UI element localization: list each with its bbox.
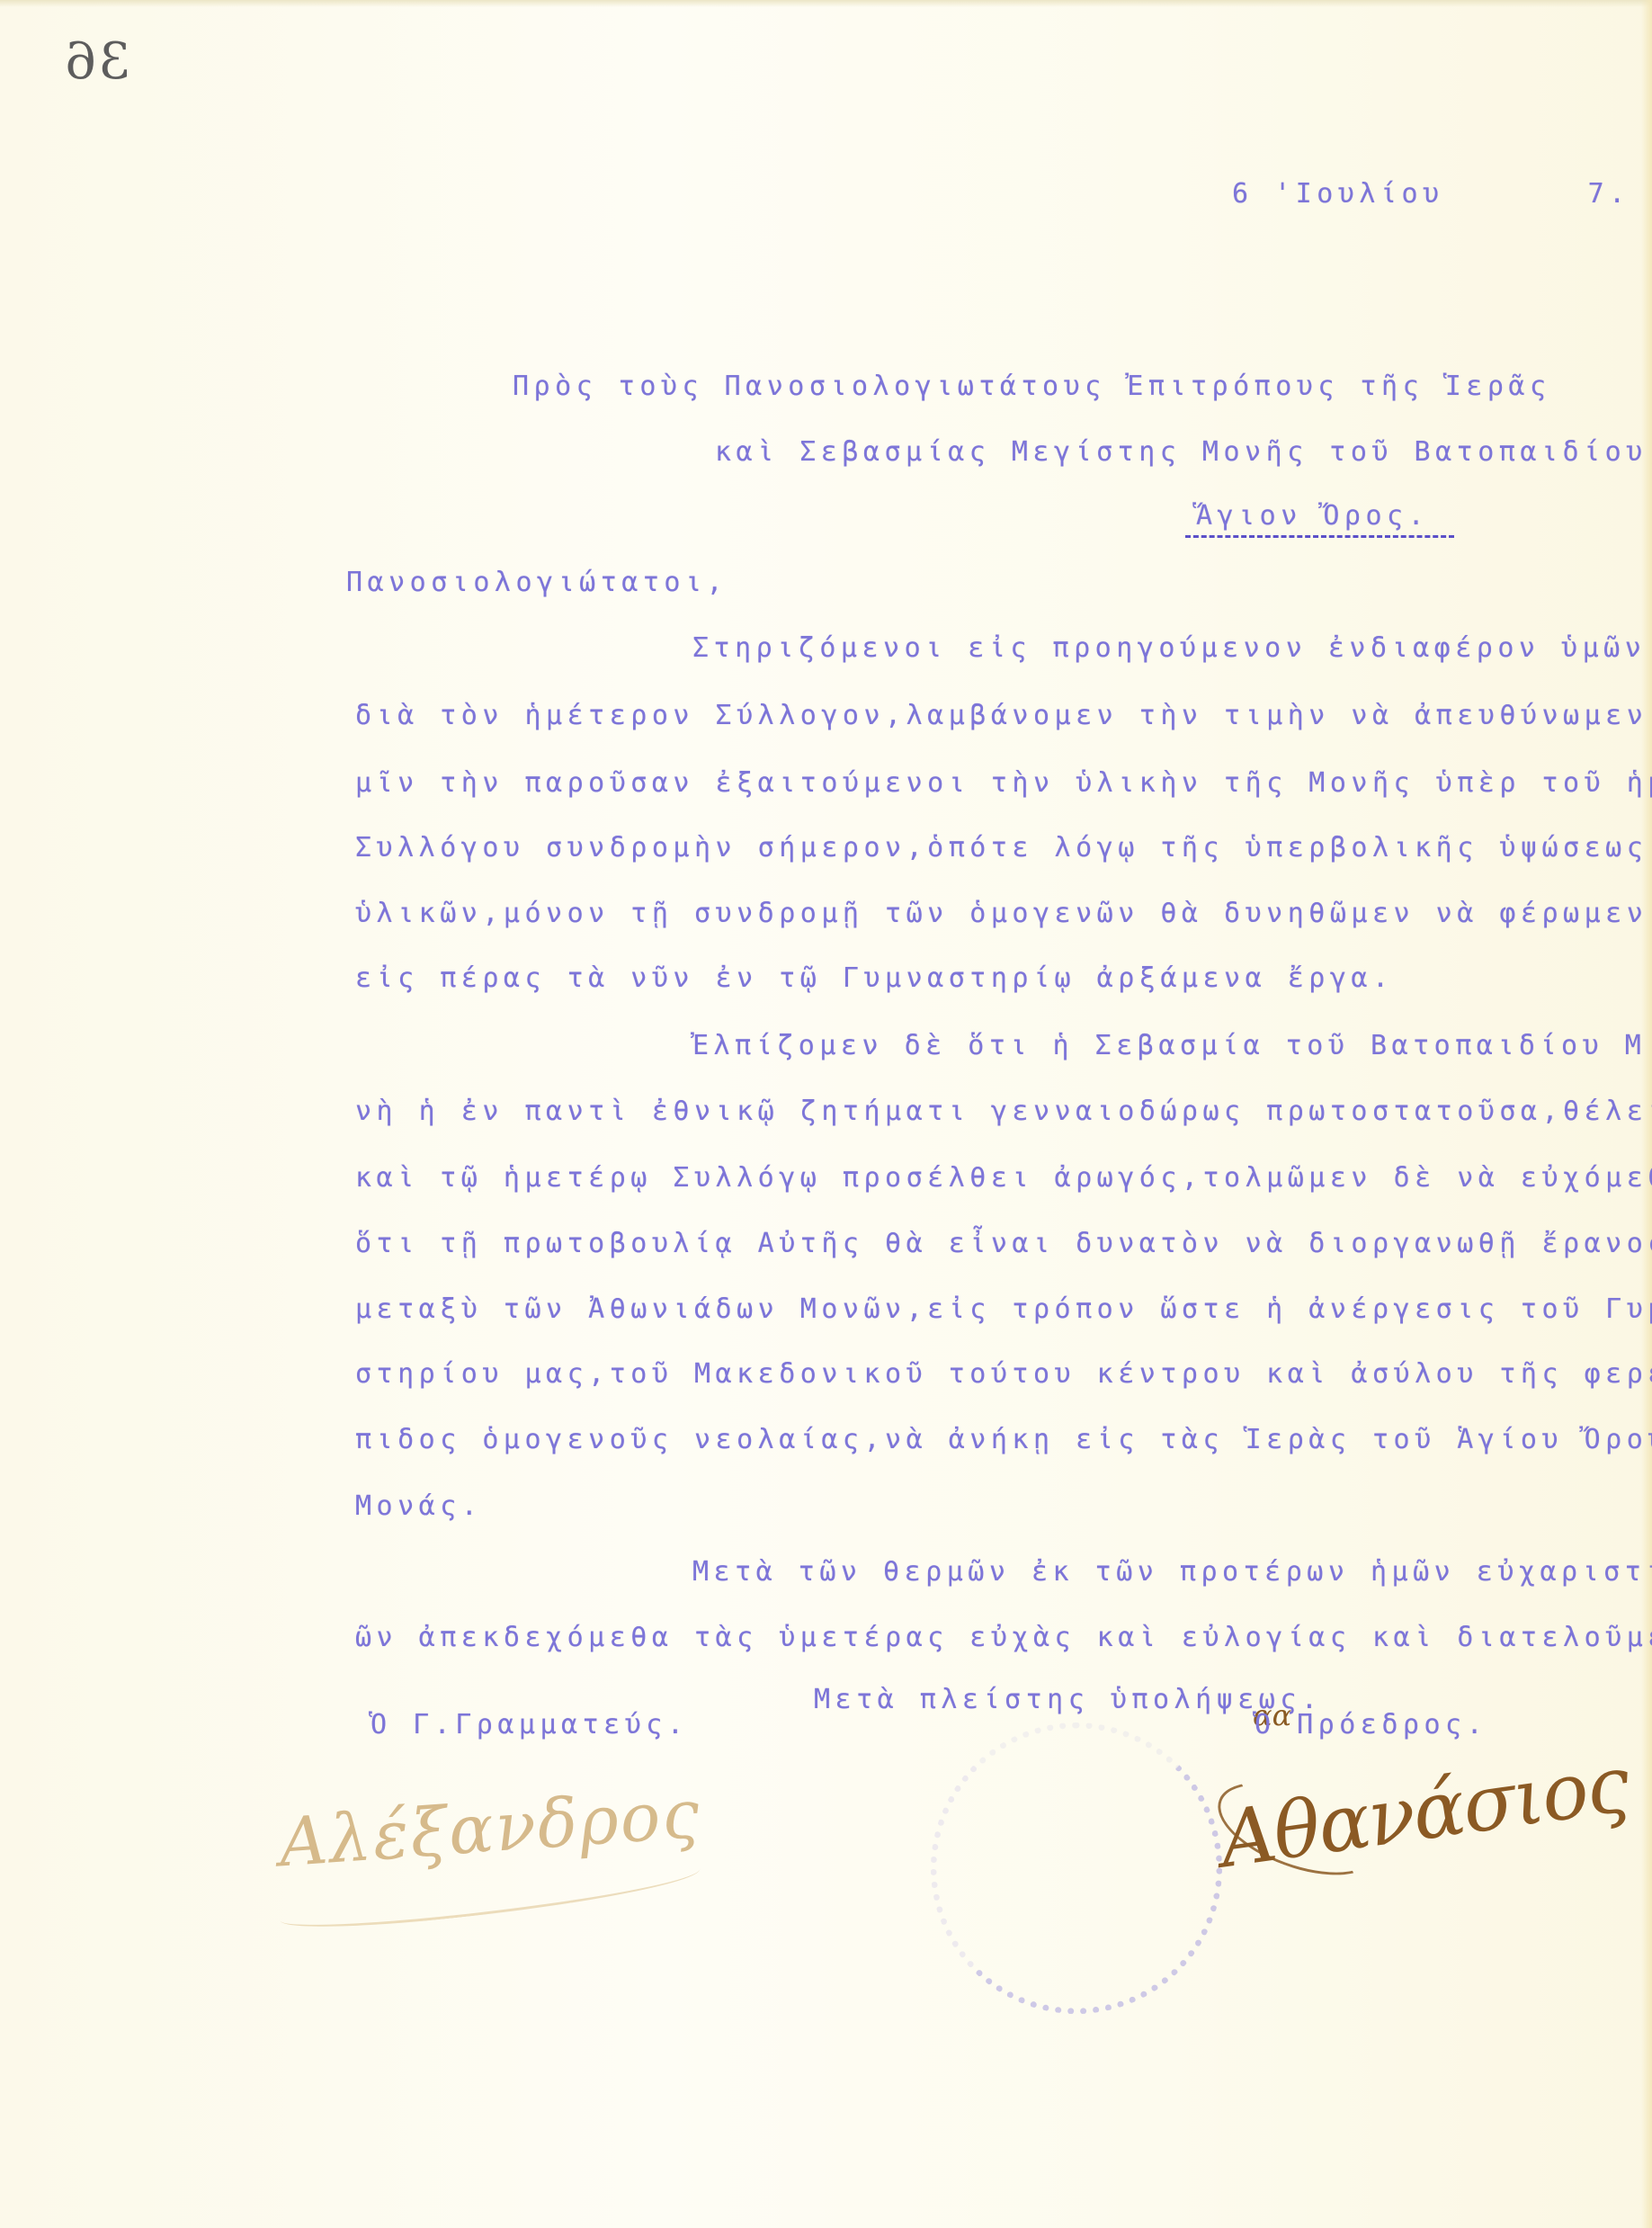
body-line: πιδος ὁμογενοῦς νεολαίας,νὰ ἀνήκῃ εἰς τὰ…: [355, 1424, 1652, 1455]
address-line-2: καὶ Σεβασμίας Μεγίστης Μονῆς τοῦ Βατοπαι…: [715, 436, 1652, 468]
body-line: εἰς πέρας τὰ νῦν ἐν τῷ Γυμναστηρίῳ ἀρξάμ…: [355, 962, 1394, 994]
body-line: ῶν ἀπεκδεχόμεθα τὰς ὑμετέρας εὐχὰς καὶ ε…: [355, 1622, 1652, 1653]
address-line-1: Πρὸς τοὺς Πανοσιολογιωτάτους Ἐπιτρόπους …: [513, 371, 1551, 402]
address-line-3: Ἅγιον Ὄρος.: [1185, 500, 1454, 538]
date-year: 7.: [1588, 178, 1630, 210]
body-line: ὅτι τῇ πρωτοβουλίᾳ Αὐτῆς θὰ εἶναι δυνατὸ…: [355, 1228, 1652, 1259]
body-line: Στηριζόμενοι εἰς προηγούμενον ἐνδιαφέρον…: [692, 632, 1646, 664]
closing-formula: Μετὰ πλείστης ὑπολήψεως.: [814, 1684, 1322, 1715]
folio-number: 36: [63, 32, 130, 91]
body-line: Μονάς.: [355, 1490, 482, 1522]
body-line: Μετὰ τῶν θερμῶν ἐκ τῶν προτέρων ἡμῶν εὐχ…: [692, 1556, 1652, 1588]
president-signature: Αθανάσιος: [1214, 1740, 1633, 1886]
body-line: Ἐλπίζομεν δὲ ὅτι ἡ Σεβασμία τοῦ Βατοπαιδ…: [692, 1030, 1646, 1061]
letter-page: 36 6 'Ιουλίου7. Πρὸς τοὺς Πανοσιολογιωτά…: [0, 0, 1652, 2228]
body-line: νὴ ἡ ἐν παντὶ ἐθνικῷ ζητήματι γενναιοδώρ…: [355, 1096, 1652, 1127]
body-line: μῖν τὴν παροῦσαν ἐξαιτούμενοι τὴν ὑλικὴν…: [355, 767, 1652, 799]
body-line: διὰ τὸν ἡμέτερον Σύλλογον,λαμβάνομεν τὴν…: [355, 700, 1652, 731]
salutation: Πανοσιολογιώτατοι,: [346, 567, 728, 598]
body-line: μεταξὺ τῶν Ἀθωνιάδων Μονῶν,εἰς τρόπον ὥσ…: [355, 1293, 1652, 1325]
seal-stamp-icon: [931, 1722, 1222, 2014]
president-title: Ὁ Πρόεδρος.: [1255, 1709, 1487, 1740]
body-line: στηρίου μας,τοῦ Μακεδονικοῦ τούτου κέντρ…: [355, 1358, 1652, 1390]
body-line: ὑλικῶν,μόνον τῇ συνδρομῇ τῶν ὁμογενῶν θὰ…: [355, 898, 1648, 929]
letter-date: 6 'Ιουλίου7.: [1232, 178, 1630, 210]
date-day-month: 6 'Ιουλίου: [1232, 178, 1444, 210]
secretary-title: Ὁ Γ.Γραμματεύς.: [371, 1709, 688, 1740]
body-line: καὶ τῷ ἡμετέρῳ Συλλόγῳ προσέλθει ἀρωγός,…: [355, 1162, 1652, 1194]
paper-top-edge: [0, 0, 1652, 7]
body-line: Συλλόγου συνδρομὴν σήμερον,ὁπότε λόγῳ τῆ…: [355, 832, 1652, 863]
